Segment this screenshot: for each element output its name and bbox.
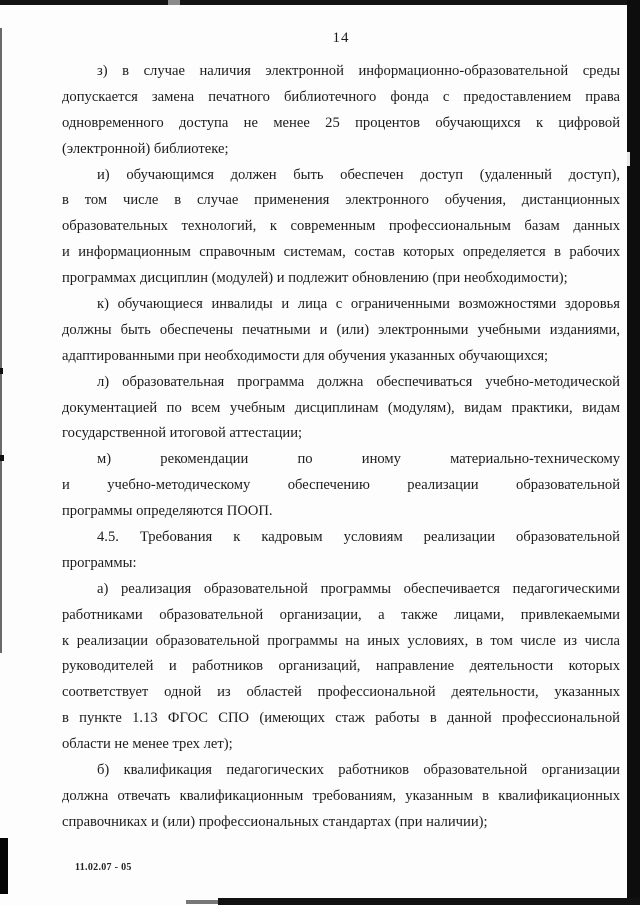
text-line: должны быть обеспечены печатными и (или)… (62, 318, 620, 344)
text-line: работниками образовательной организации,… (62, 603, 620, 629)
text-line: программах дисциплин (модулей) и подлежи… (62, 266, 620, 292)
document-page: 14 з) в случае наличия электронной инфор… (0, 0, 640, 905)
scan-artifact-top-bar (0, 0, 640, 5)
text-line: одновременного доступа не менее 25 проце… (62, 111, 620, 137)
text-line: допускается замена печатного библиотечно… (62, 85, 620, 111)
text-line: и учебно-методическому обеспечению реали… (62, 473, 620, 499)
scan-artifact-top-bar-gap (168, 0, 180, 5)
text-line: к) обучающиеся инвалиды и лица с огранич… (62, 292, 620, 318)
text-line: и информационным справочным системам, со… (62, 240, 620, 266)
text-line: л) образовательная программа должна обес… (62, 370, 620, 396)
text-line: образовательных технологий, к современны… (62, 214, 620, 240)
page-number: 14 (62, 30, 620, 47)
text-line: 4.5. Требования к кадровым условиям реал… (62, 525, 620, 551)
document-text-block: з) в случае наличия электронной информац… (62, 59, 620, 836)
text-line: соответствует одной из областей професси… (62, 680, 620, 706)
text-line: и) обучающимся должен быть обеспечен дос… (62, 163, 620, 189)
scan-artifact-left-blob (0, 838, 8, 894)
scan-artifact-bottom-bar (218, 898, 640, 905)
text-line: (электронной) библиотеке; (62, 137, 620, 163)
text-line: а) реализация образовательной программы … (62, 577, 620, 603)
text-line: адаптированными при необходимости для об… (62, 344, 620, 370)
text-line: м) рекомендации по иному материально-тех… (62, 447, 620, 473)
text-line: в том числе в случае применения электрон… (62, 188, 620, 214)
text-line: к реализации образовательной программы н… (62, 629, 620, 655)
scan-artifact-left-mark (0, 455, 4, 461)
text-line: б) квалификация педагогических работнико… (62, 758, 620, 784)
text-line: руководителей и работников организаций, … (62, 654, 620, 680)
text-line: программы: (62, 551, 620, 577)
scan-artifact-right-bar (627, 0, 640, 905)
text-line: должна отвечать квалификационным требова… (62, 784, 620, 810)
text-line: справочниках и (или) профессиональных ст… (62, 810, 620, 836)
text-line: з) в случае наличия электронной информац… (62, 59, 620, 85)
scan-artifact-left-line (0, 28, 2, 653)
scan-artifact-left-mark (0, 368, 3, 374)
text-line: документацией по всем учебным дисциплина… (62, 396, 620, 422)
footer-code: 11.02.07 - 05 (75, 862, 132, 873)
scan-artifact-right-notch (627, 152, 630, 166)
text-line: программы определяются ПООП. (62, 499, 620, 525)
text-line: области не менее трех лет); (62, 732, 620, 758)
text-line: государственной итоговой аттестации; (62, 421, 620, 447)
text-line: в пункте 1.13 ФГОС СПО (имеющих стаж раб… (62, 706, 620, 732)
